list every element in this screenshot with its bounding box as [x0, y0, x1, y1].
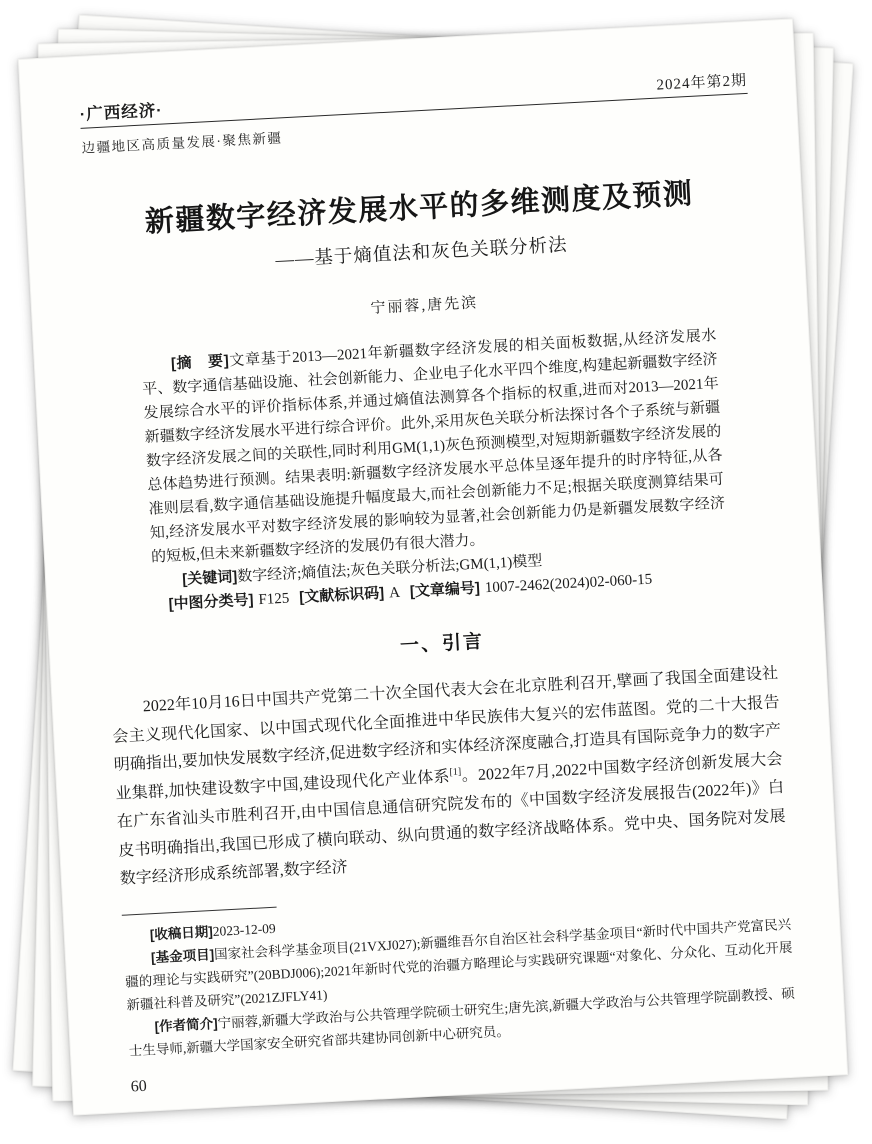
section-heading-introduction: 一、引言 [108, 611, 776, 673]
doc-code-value: A [389, 585, 401, 602]
abstract-block: [摘 要]文章基于2013—2021年新疆数字经济发展的相关面板数据,从经济发展… [140, 324, 729, 618]
article-no-label: [文章编号] [410, 580, 481, 601]
author-bio-label: [作者简介] [154, 1015, 218, 1033]
footnote-block: [收稿日期]2023-12-09 [基金项目]国家社会科学基金项目(21VXJ0… [122, 879, 797, 1062]
body-text-part1: 2022年10月16日中国共产党第二十次全国代表大会在北京胜利召开,擘画了我国全… [112, 665, 781, 802]
paper-authors: 宁丽蓉,唐先滨 [90, 277, 758, 333]
footnote-divider [122, 906, 277, 915]
page-stack: ·广西经济· 2024年第2期 边疆地区高质量发展·聚焦新疆 新疆数字经济发展水… [0, 0, 872, 1144]
journal-column-name: ·广西经济· [79, 97, 163, 125]
received-date-label: [收稿日期] [149, 924, 213, 942]
keywords-label: [关键词] [182, 568, 238, 588]
article-no-value: 1007-2462(2024)02-060-15 [484, 572, 652, 597]
introduction-paragraph: 2022年10月16日中国共产党第二十次全国代表大会在北京胜利召开,擘画了我国全… [110, 660, 788, 894]
clc-value: F125 [258, 591, 290, 609]
clc-label: [中图分类号] [168, 591, 254, 612]
abstract-paragraph: [摘 要]文章基于2013—2021年新疆数字经济发展的相关面板数据,从经济发展… [140, 324, 727, 570]
received-date-text: 2023-12-09 [212, 920, 276, 938]
funding-label: [基金项目] [151, 946, 215, 964]
abstract-text: 文章基于2013—2021年新疆数字经济发展的相关面板数据,从经济发展水平、数字… [142, 328, 726, 566]
doc-code-label: [文献标识码] [299, 585, 385, 606]
journal-issue: 2024年第2期 [656, 69, 747, 95]
abstract-label: [摘 要] [171, 352, 230, 372]
paper-sheet-top: ·广西经济· 2024年第2期 边疆地区高质量发展·聚焦新疆 新疆数字经济发展水… [18, 18, 848, 1115]
